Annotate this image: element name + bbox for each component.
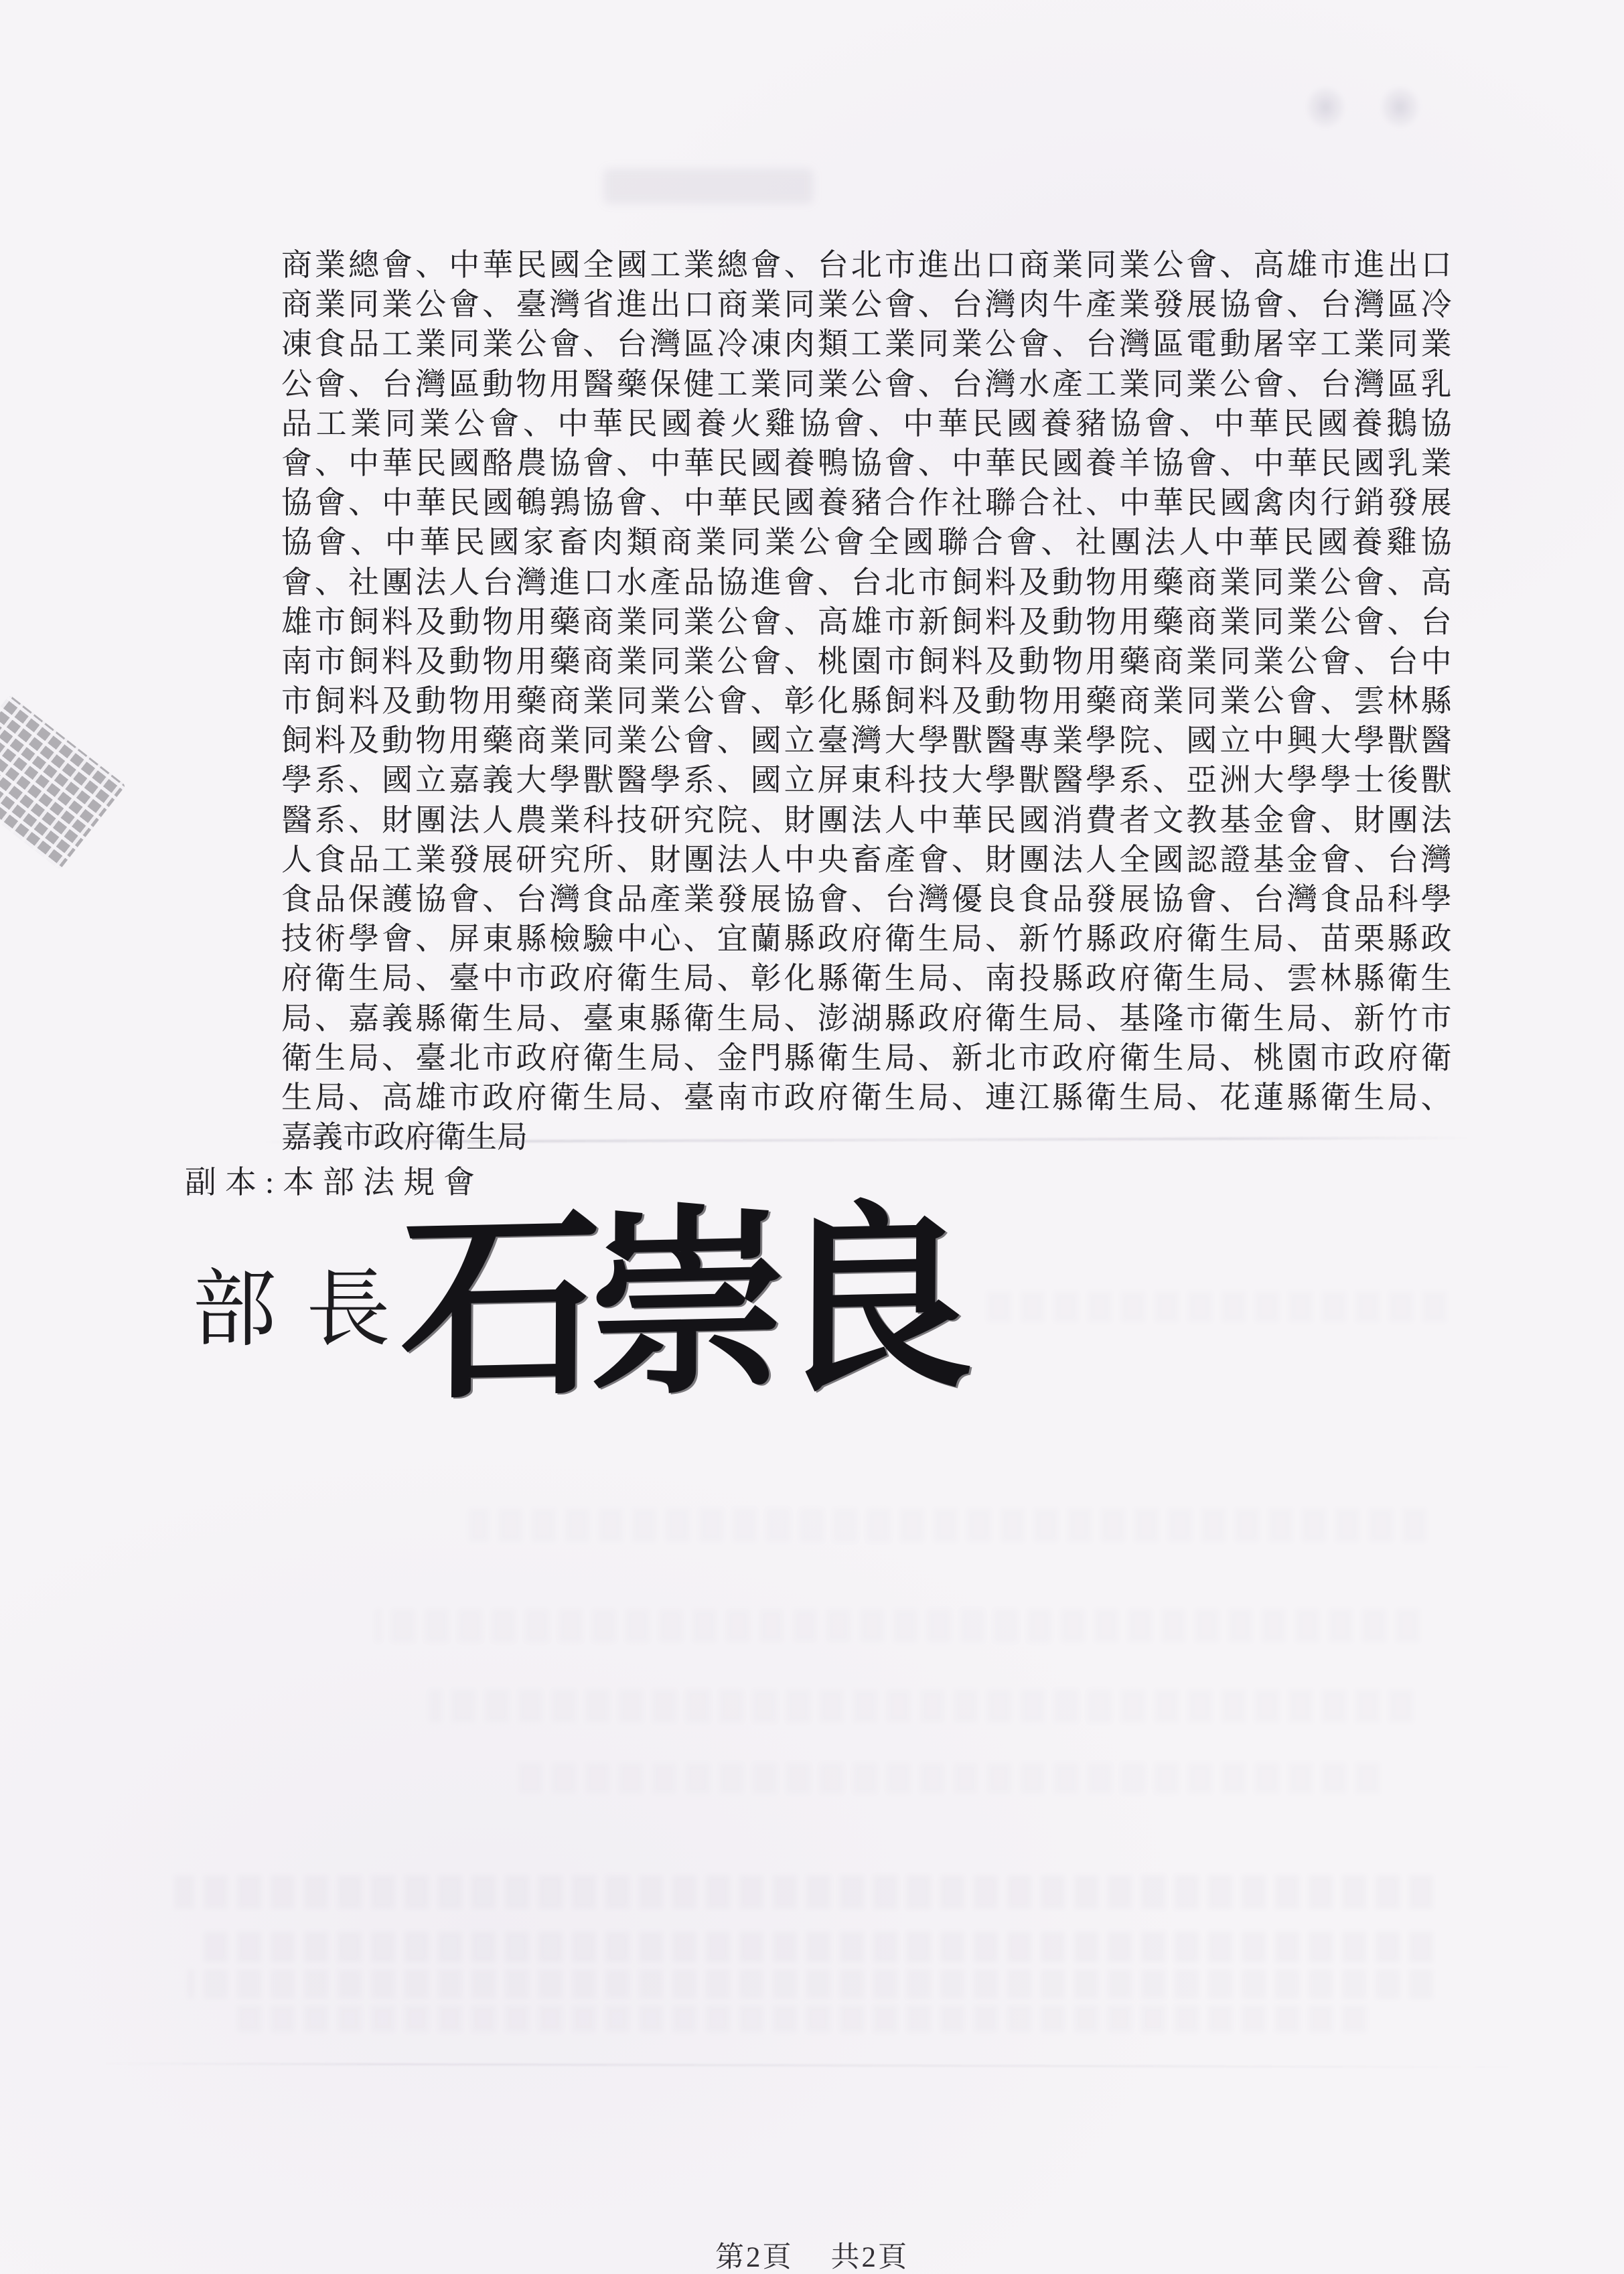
recipient-line: 協會、中華民國家畜肉類商業同業公會全國聯合會、社團法人中華民國養雞協 (281, 522, 1452, 562)
copy-label: 副本 (185, 1165, 265, 1200)
recipient-line: 會、中華民國酪農協會、中華民國養鴨協會、中華民國養羊協會、中華民國乳業 (281, 443, 1452, 483)
recipient-line: 凍食品工業同業公會、台灣區冷凍肉類工業同業公會、台灣區電動屠宰工業同業 (281, 324, 1452, 364)
footer-current-page: 第2頁 (715, 2242, 794, 2273)
copy-separator: : (265, 1165, 283, 1200)
recipient-line: 會、社團法人台灣進口水產品協進會、台北市飼料及動物用藥商業同業公會、高 (281, 563, 1452, 602)
bleedthrough-row (201, 1932, 1433, 1963)
bleedthrough-heading-smudge (604, 169, 813, 204)
recipient-line: 食品保護協會、台灣食品產業發展協會、台灣優良食品發展協會、台灣食品科學 (281, 879, 1452, 919)
recipient-line: 南市飼料及動物用藥商業同業公會、桃園市飼料及動物用藥商業同業公會、台中 (281, 642, 1452, 681)
recipient-line: 品工業同業公會、中華民國養火雞協會、中華民國養豬協會、中華民國養鵝協 (281, 404, 1452, 443)
recipient-line: 衛生局、臺北市政府衛生局、金門縣衛生局、新北市政府衛生局、桃園市政府衛 (281, 1038, 1452, 1078)
bleedthrough-row (509, 1763, 1380, 1794)
paper-crease (100, 2062, 1520, 2068)
page-footer: 第2頁共2頁 (0, 2234, 1624, 2274)
bleedthrough-row (984, 1291, 1447, 1322)
recipient-line: 府衛生局、臺中市政府衛生局、彰化縣衛生局、南投縣政府衛生局、雲林縣衛生 (281, 958, 1452, 998)
recipient-line: 市飼料及動物用藥商業同業公會、彰化縣飼料及動物用藥商業同業公會、雲林縣 (281, 681, 1452, 721)
recipients-list: 商業總會、中華民國全國工業總會、台北市進出口商業同業公會、高雄市進出口商業同業公… (281, 245, 1452, 1157)
bleedthrough-row (228, 2005, 1366, 2032)
recipient-line: 雄市飼料及動物用藥商業同業公會、高雄市新飼料及動物用藥商業同業公會、台 (281, 602, 1452, 642)
bleedthrough-row (375, 1609, 1420, 1642)
recipient-line: 學系、國立嘉義大學獸醫學系、國立屏東科技大學獸醫學系、亞洲大學學士後獸 (281, 760, 1452, 800)
recipient-line: 人食品工業發展研究所、財團法人中央畜產會、財團法人全國認證基金會、台灣 (281, 840, 1452, 879)
footer-total-pages: 共2頁 (831, 2242, 909, 2273)
recipient-line: 技術學會、屏東縣檢驗中心、宜蘭縣政府衛生局、新竹縣政府衛生局、苗栗縣政 (281, 919, 1452, 958)
recipient-line: 局、嘉義縣衛生局、臺東縣衛生局、澎湖縣政府衛生局、基隆市衛生局、新竹市 (281, 999, 1452, 1038)
bleedthrough-mark-top-right (1291, 74, 1434, 141)
minister-signature: 石崇良 (400, 1173, 960, 1439)
recipient-line: 生局、高雄市政府衛生局、臺南市政府衛生局、連江縣衛生局、花蓮縣衛生局、 (281, 1078, 1452, 1117)
recipient-line: 嘉義市政府衛生局 (281, 1117, 1452, 1157)
minister-title: 部長 (192, 1242, 420, 1363)
recipient-line: 協會、中華民國鵪鶉協會、中華民國養豬合作社聯合社、中華民國禽肉行銷發展 (281, 483, 1452, 522)
bleedthrough-row (188, 1969, 1433, 1999)
recipient-line: 醫系、財團法人農業科技研究院、財團法人中華民國消費者文教基金會、財團法 (281, 800, 1452, 840)
partial-seal-stamp (0, 695, 126, 870)
recipient-line: 商業同業公會、臺灣省進出口商業同業公會、台灣肉牛產業發展協會、台灣區冷 (281, 285, 1452, 324)
scanned-document-page: 商業總會、中華民國全國工業總會、台北市進出口商業同業公會、高雄市進出口商業同業公… (0, 0, 1624, 2274)
recipient-line: 商業總會、中華民國全國工業總會、台北市進出口商業同業公會、高雄市進出口 (281, 245, 1452, 285)
bleedthrough-row (174, 1875, 1433, 1909)
bleedthrough-row (469, 1508, 1426, 1542)
recipient-line: 飼料及動物用藥商業同業公會、國立臺灣大學獸醫專業學院、國立中興大學獸醫 (281, 721, 1452, 760)
bleedthrough-row (429, 1689, 1413, 1723)
recipient-line: 公會、台灣區動物用醫藥保健工業同業公會、台灣水產工業同業公會、台灣區乳 (281, 364, 1452, 404)
